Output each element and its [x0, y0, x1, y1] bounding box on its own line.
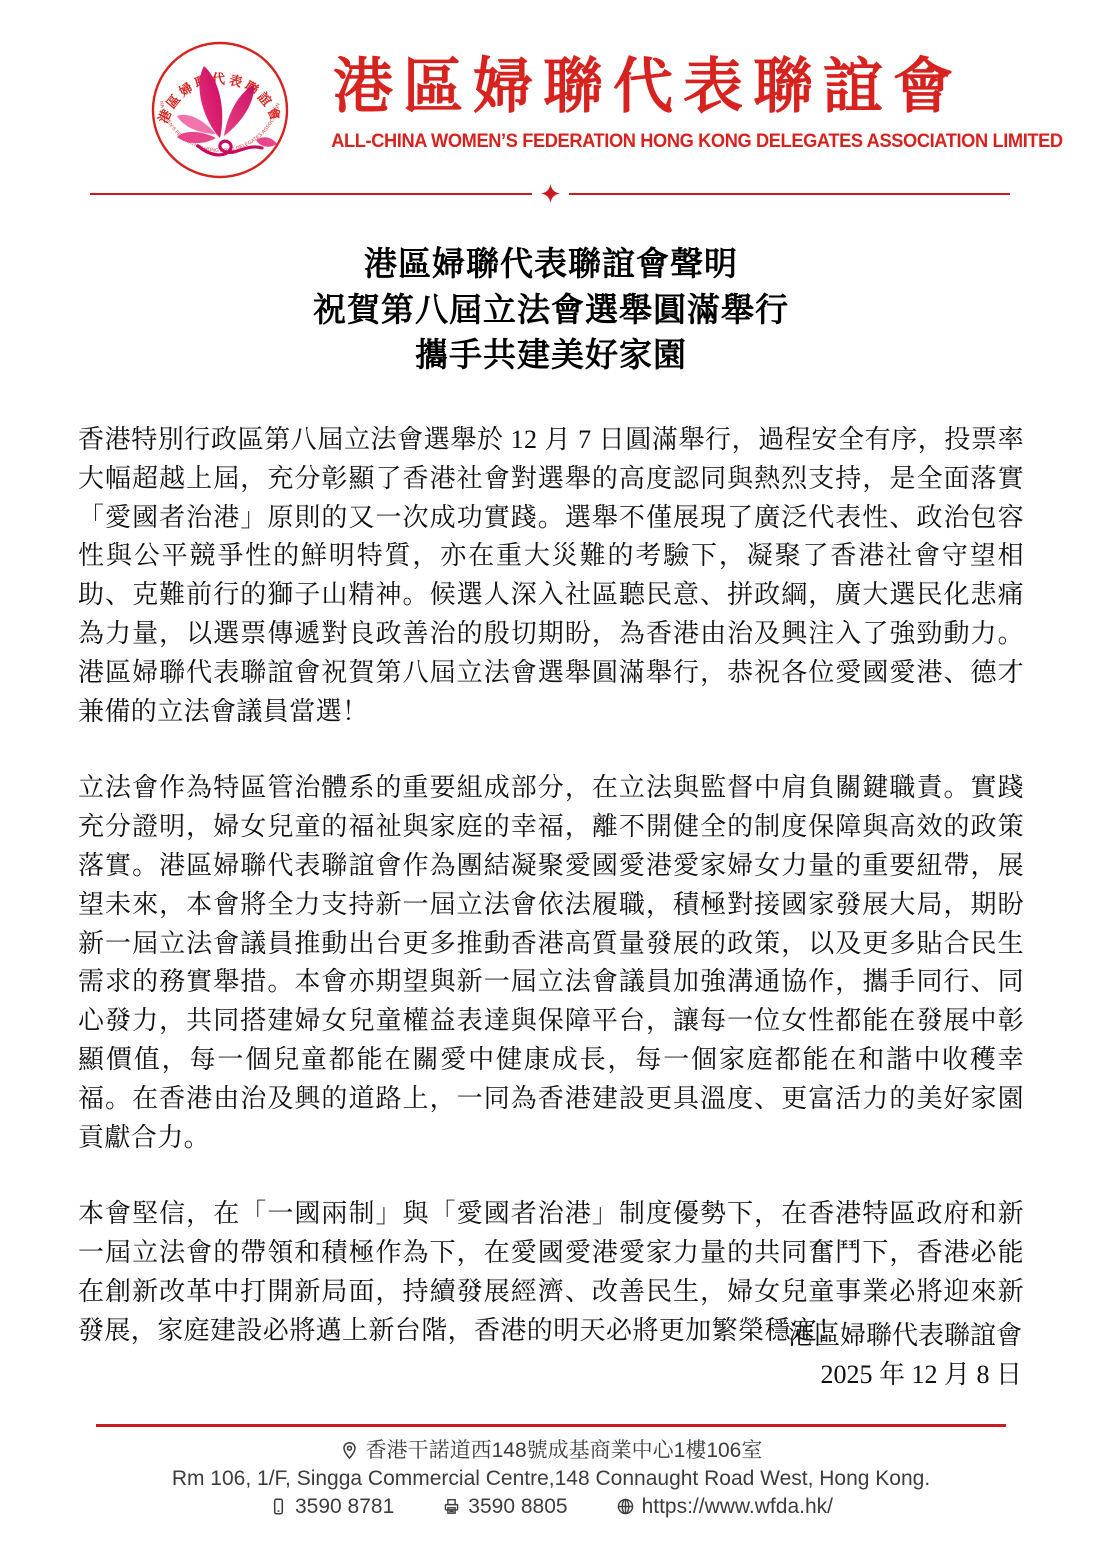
- signature-date: 2025 年 12 月 8 日: [788, 1355, 1022, 1394]
- statement-title: 港區婦聯代表聯誼會聲明 祝賀第八屆立法會選舉圓滿舉行 攜手共建美好家園: [0, 243, 1102, 380]
- footer-address-zh: 香港干諾道西148號成基商業中心1樓106室: [366, 1437, 763, 1465]
- diamond-star-icon: [541, 184, 560, 203]
- footer-phone: 3590 8781: [269, 1493, 394, 1521]
- globe-icon: [616, 1497, 635, 1516]
- association-logo: 港區婦聯代表聯誼會 ALL-CHINA WOMEN’S FEDERATION H…: [150, 40, 290, 180]
- footer-fax-number: 3590 8805: [468, 1493, 567, 1521]
- footer: 香港干諾道西148號成基商業中心1樓106室 Rm 106, 1/F, Sing…: [0, 1424, 1102, 1521]
- divider-line-right: [569, 193, 1011, 195]
- statement-title-line-3: 攜手共建美好家園: [0, 334, 1102, 380]
- org-name-en: ALL-CHINA WOMEN’S FEDERATION HONG KONG D…: [331, 130, 965, 154]
- signature-org: 港區婦聯代表聯誼會: [788, 1316, 1022, 1355]
- org-name-zh: 港區婦聯代表聯誼會: [318, 44, 978, 130]
- fax-icon: [442, 1497, 461, 1516]
- footer-contacts-row: 3590 8781 3590 8805 h: [0, 1493, 1102, 1521]
- signature-block: 港區婦聯代表聯誼會 2025 年 12 月 8 日: [788, 1316, 1022, 1394]
- statement-title-line-1: 港區婦聯代表聯誼會聲明: [0, 243, 1102, 289]
- paragraph-1: 香港特別行政區第八屆立法會選舉於 12 月 7 日圓滿舉行，過程安全有序，投票率…: [78, 421, 1024, 731]
- footer-address-en-row: Rm 106, 1/F, Singga Commercial Centre,14…: [0, 1465, 1102, 1493]
- footer-fax: 3590 8805: [442, 1493, 567, 1521]
- divider-line-left: [90, 193, 532, 195]
- header-divider: [90, 184, 1010, 203]
- statement-body: 香港特別行政區第八屆立法會選舉於 12 月 7 日圓滿舉行，過程安全有序，投票率…: [78, 421, 1024, 1389]
- footer-address-en: Rm 106, 1/F, Singga Commercial Centre,14…: [172, 1465, 930, 1493]
- footer-website: https://www.wfda.hk/: [616, 1493, 833, 1521]
- statement-title-line-2: 祝賀第八屆立法會選舉圓滿舉行: [0, 289, 1102, 335]
- footer-divider: [96, 1424, 1006, 1427]
- footer-address-zh-row: 香港干諾道西148號成基商業中心1樓106室: [0, 1437, 1102, 1465]
- phone-icon: [269, 1497, 288, 1516]
- footer-website-url: https://www.wfda.hk/: [642, 1493, 833, 1521]
- footer-phone-number: 3590 8781: [295, 1493, 394, 1521]
- document-page: 港區婦聯代表聯誼會 ALL-CHINA WOMEN’S FEDERATION H…: [0, 0, 1102, 1559]
- location-pin-icon: [340, 1441, 359, 1460]
- paragraph-2: 立法會作為特區管治體系的重要組成部分，在立法與監督中肩負關鍵職責。實踐充分證明，…: [78, 769, 1024, 1157]
- header-titles: 港區婦聯代表聯誼會 ALL-CHINA WOMEN’S FEDERATION H…: [318, 44, 978, 154]
